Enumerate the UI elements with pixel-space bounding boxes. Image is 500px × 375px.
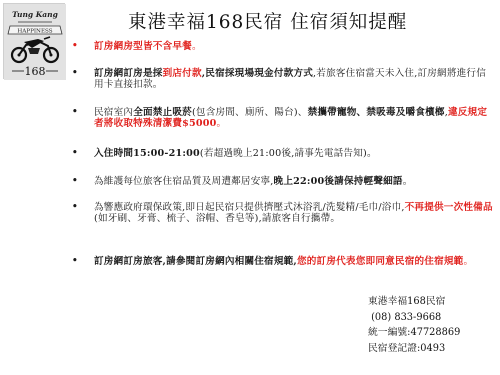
logo: Tung Kang HAPPINESS 168 xyxy=(3,3,65,79)
footer-name: 東港幸福168民宿 xyxy=(368,296,445,307)
notice-segment: 。 xyxy=(217,118,227,129)
notice-segment: 禁攜帶寵物、禁吸毒及嚼食檳榔 xyxy=(308,107,445,118)
notice-segment: 到店付款 xyxy=(163,68,202,79)
notice-segment: 為響應政府環保政策,即日起民宿只提供擠壓式沐浴乳/洗髮精/毛巾/浴巾, xyxy=(94,202,405,213)
contact-block: 東港幸福168民宿 (08) 833-9668 統一編號:47728869 民宿… xyxy=(368,294,460,356)
notice-segment: 晚上22:00後請保持輕聲細語 xyxy=(274,176,403,187)
bullet-icon: • xyxy=(72,202,86,213)
notice-segment: ,民宿採現場現金付款方式 xyxy=(202,68,313,79)
notice-text: 民宿室內全面禁止吸菸(包含房間、廁所、陽台)、禁攜帶寵物、禁吸毒及嚼食檳榔,違反… xyxy=(94,107,494,129)
bullet-icon: • xyxy=(72,148,86,159)
notice-text: 訂房網訂房旅客,請參閱訂房網內相關住宿規範,您的訂房代表您即同意民宿的住宿規範。 xyxy=(94,256,494,267)
svg-text:168: 168 xyxy=(25,65,46,78)
bullet-icon: • xyxy=(72,107,86,118)
notice-text: 入住時間15:00-21:00(若超過晚上21:00後,請事先電話告知)。 xyxy=(94,148,494,159)
bullet-icon: • xyxy=(72,41,86,52)
page-title: 東港幸福168民宿 住宿須知提醒 xyxy=(128,8,488,34)
notice-segment: 訂房網訂房旅客,請參閱訂房網內相關住宿規範, xyxy=(94,256,297,267)
notice-segment: 。 xyxy=(192,41,202,52)
notice-text: 訂房網房型皆不含早餐。 xyxy=(94,41,494,52)
notice-segment: 不再提供一次性備品 xyxy=(405,202,493,213)
notice-text: 為響應政府環保政策,即日起民宿只提供擠壓式沐浴乳/洗髮精/毛巾/浴巾,不再提供一… xyxy=(94,202,494,224)
notice-segment: (若超過晚上21:00後,請事先電話告知)。 xyxy=(200,148,377,159)
notice-segment: 全面禁止吸菸 xyxy=(133,107,192,118)
notice-text: 訂房網訂房是採到店付款,民宿採現場現金付款方式,若旅客住宿當天未入住,訂房網將進… xyxy=(94,68,494,90)
notice-segment: 。 xyxy=(403,176,413,187)
notice-text: 為維護每位旅客住宿品質及周遭鄰居安寧,晚上22:00後請保持輕聲細語。 xyxy=(94,176,494,187)
notice-segment: 民宿室內 xyxy=(94,107,133,118)
notice-segment: 。 xyxy=(463,256,473,267)
notice-segment: 訂房網房型皆不含早餐 xyxy=(94,41,192,52)
notice-segment: 為維護每位旅客住宿品質及周遭鄰居安寧, xyxy=(94,176,274,187)
notice-segment: 訂房網訂房是採 xyxy=(94,68,163,79)
motorcycle-logo-icon: Tung Kang HAPPINESS 168 xyxy=(4,4,66,80)
footer-registration: 民宿登記證:0493 xyxy=(368,343,445,354)
notice-segment: (包含房間、廁所、陽台)、 xyxy=(192,107,308,118)
footer-tax-id: 統一編號:47728869 xyxy=(368,327,460,338)
svg-text:Tung Kang: Tung Kang xyxy=(12,10,58,19)
bullet-icon: • xyxy=(72,68,86,79)
notice-segment: 您的訂房代表您即同意民宿的住宿規範 xyxy=(297,256,464,267)
bullet-icon: • xyxy=(72,256,86,267)
footer-phone: (08) 833-9668 xyxy=(368,312,441,323)
notice-segment: (如牙刷、牙膏、梳子、浴帽、香皂等),請旅客自行攜帶。 xyxy=(94,213,340,224)
svg-text:HAPPINESS: HAPPINESS xyxy=(17,29,52,35)
bullet-icon: • xyxy=(72,176,86,187)
notice-segment: 入住時間15:00-21:00 xyxy=(94,148,200,159)
